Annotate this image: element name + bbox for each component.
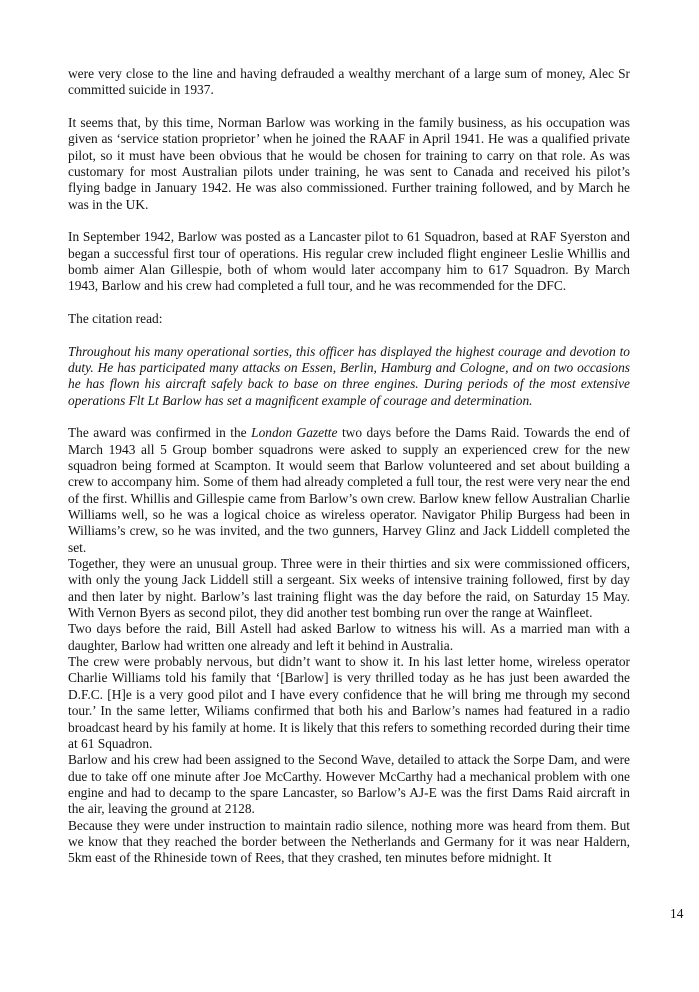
paragraph-second-wave: Barlow and his crew had been assigned to… [68, 752, 630, 817]
document-page: were very close to the line and having d… [68, 66, 630, 867]
citation-quote: Throughout his many operational sorties,… [68, 344, 630, 409]
citation-intro: The citation read: [68, 311, 630, 327]
paragraph-occupation: It seems that, by this time, Norman Barl… [68, 115, 630, 213]
page-number: 14 [670, 906, 683, 922]
paragraph-alec-sr: were very close to the line and having d… [68, 66, 630, 99]
paragraph-61-squadron: In September 1942, Barlow was posted as … [68, 229, 630, 294]
paragraph-letter-home: The crew were probably nervous, but didn… [68, 654, 630, 752]
paragraph-crash: Because they were under instruction to m… [68, 818, 630, 867]
paragraph-astell-will: Two days before the raid, Bill Astell ha… [68, 621, 630, 654]
award-text-before: The award was confirmed in the [68, 425, 251, 440]
london-gazette-title: London Gazette [251, 425, 337, 440]
award-text-after: two days before the Dams Raid. Towards t… [68, 425, 630, 554]
paragraph-award: The award was confirmed in the London Ga… [68, 425, 630, 556]
paragraph-crew-group: Together, they were an unusual group. Th… [68, 556, 630, 621]
